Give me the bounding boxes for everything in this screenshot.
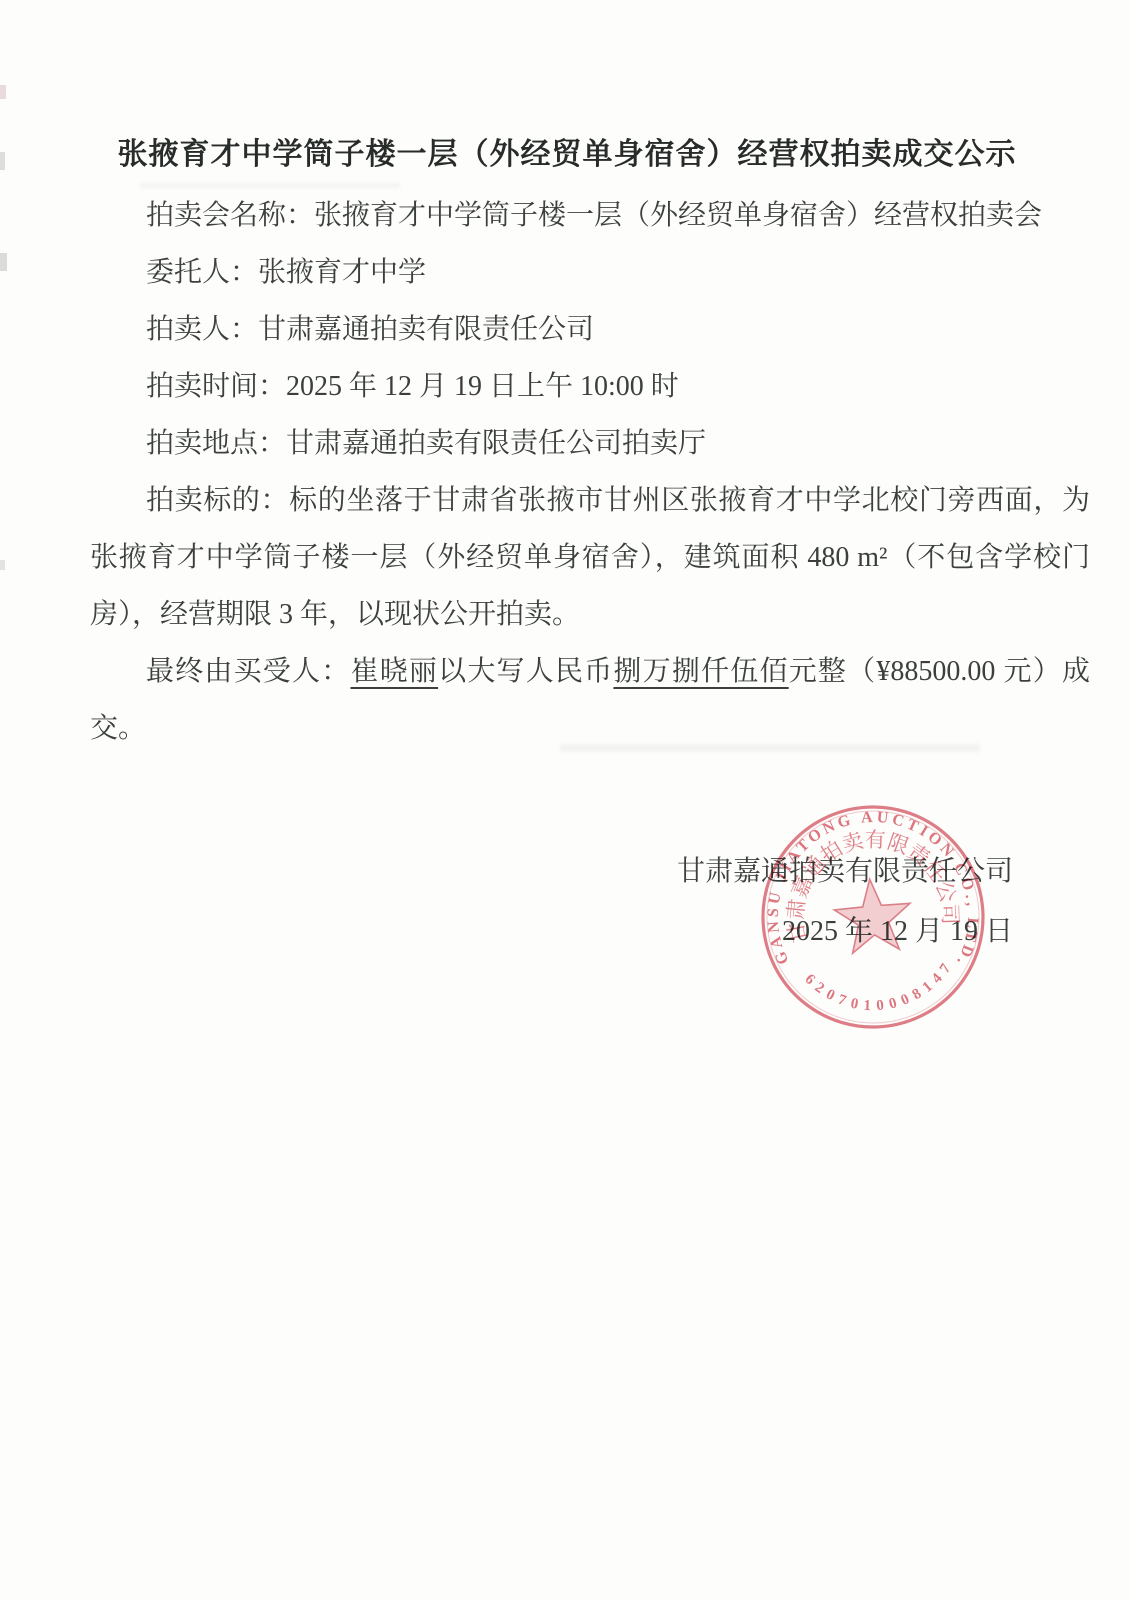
amount-in-capital: 捌万捌仟伍佰 xyxy=(613,656,788,687)
scan-artifact xyxy=(0,253,7,271)
scan-artifact xyxy=(0,560,5,570)
consignor-line: 委托人：张掖育才中学 xyxy=(90,244,1090,301)
deal-prefix: 最终由买受人： xyxy=(146,656,350,687)
scan-artifact xyxy=(0,152,5,170)
auction-venue-line: 拍卖地点：甘肃嘉通拍卖有限责任公司拍卖厅 xyxy=(90,415,1090,472)
document-title: 张掖育才中学筒子楼一层（外经贸单身宿舍）经营权拍卖成交公示 xyxy=(90,127,1090,183)
scan-artifact xyxy=(0,85,6,99)
deal-middle: 以大写人民币 xyxy=(438,656,613,687)
signature-company: 甘肃嘉通拍卖有限责任公司 xyxy=(677,842,1013,902)
signature-block: 甘肃嘉通拍卖有限责任公司 2025 年 12 月 19 日 xyxy=(677,842,1013,962)
signature-date: 2025 年 12 月 19 日 xyxy=(677,902,1013,962)
document-content: 张掖育才中学筒子楼一层（外经贸单身宿舍）经营权拍卖成交公示 拍卖会名称：张掖育才… xyxy=(90,127,1090,757)
auction-time-line: 拍卖时间：2025 年 12 月 19 日上午 10:00 时 xyxy=(90,358,1090,415)
document-page: 张掖育才中学筒子楼一层（外经贸单身宿舍）经营权拍卖成交公示 拍卖会名称：张掖育才… xyxy=(0,0,1130,1600)
deal-result-paragraph: 最终由买受人：崔晓丽以大写人民币捌万捌仟伍佰元整（¥88500.00 元）成交。 xyxy=(90,643,1090,757)
auctioneer-line: 拍卖人：甘肃嘉通拍卖有限责任公司 xyxy=(90,301,1090,358)
auction-name-line: 拍卖会名称：张掖育才中学筒子楼一层（外经贸单身宿舍）经营权拍卖会 xyxy=(90,187,1090,244)
auction-subject-paragraph: 拍卖标的：标的坐落于甘肃省张掖市甘州区张掖育才中学北校门旁西面，为张掖育才中学筒… xyxy=(90,472,1090,643)
buyer-name: 崔晓丽 xyxy=(350,656,438,687)
seal-number-text: 6207010008147 xyxy=(800,955,961,1021)
